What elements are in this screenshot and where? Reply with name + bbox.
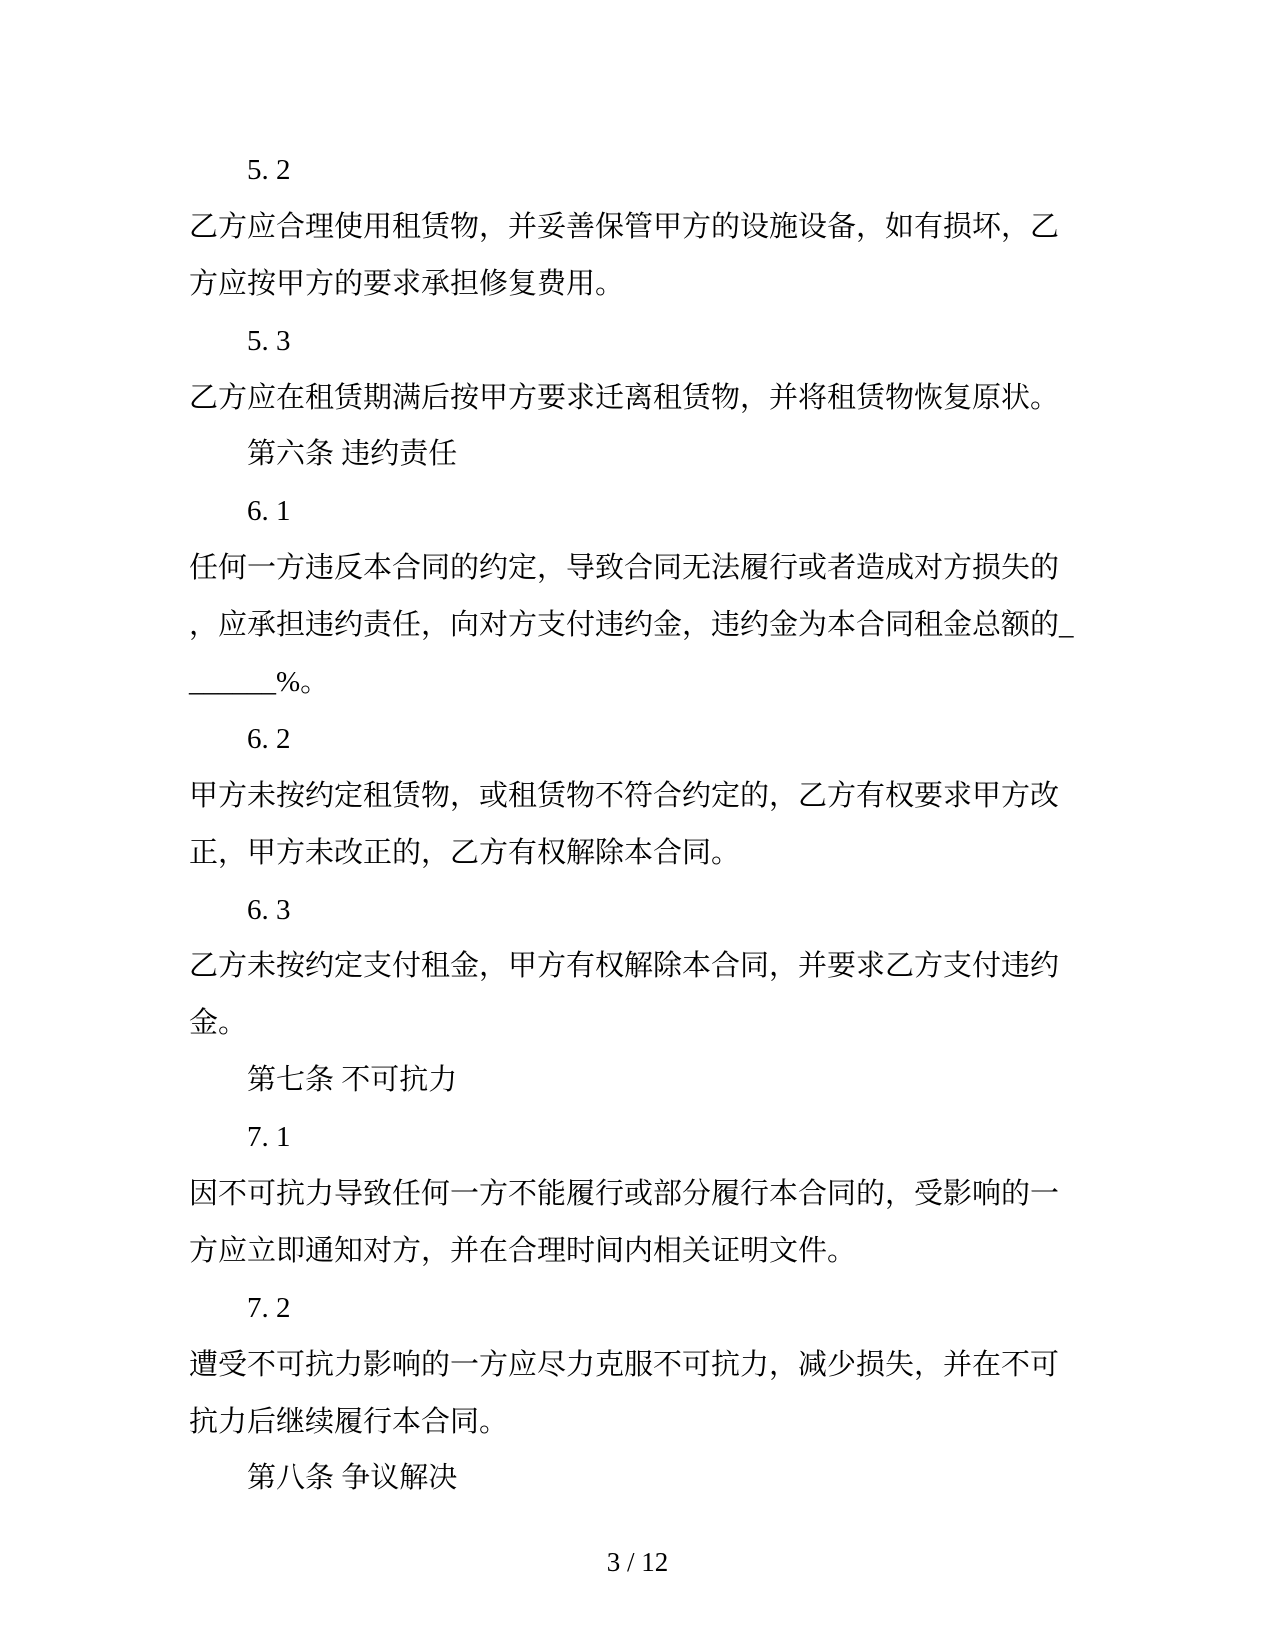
paragraph-line: 方应立即通知对方，并在合理时间内相关证明文件。 [189,1223,1071,1280]
clause-number: 6. 3 [189,882,1071,939]
paragraph-line: 金。 [189,995,1071,1052]
paragraph-line: 因不可抗力导致任何一方不能履行或部分履行本合同的，受影响的一 [189,1166,1071,1223]
paragraph-line: 抗力后继续履行本合同。 [189,1394,1071,1451]
clause-number: 5. 3 [189,313,1071,370]
paragraph-line: 方应按甲方的要求承担修复费用。 [189,256,1071,313]
paragraph-line: 甲方未按约定租赁物，或租赁物不符合约定的，乙方有权要求甲方改 [189,768,1071,825]
clause-number: 7. 2 [189,1280,1071,1337]
section-heading: 第八条 争议解决 [189,1450,1071,1507]
document-body: 5. 2乙方应合理使用租赁物，并妥善保管甲方的设施设备，如有损坏，乙方应按甲方的… [189,142,1071,1507]
paragraph-line: ，应承担违约责任，向对方支付违约金，违约金为本合同租金总额的_ [189,597,1071,654]
page-number: 3 / 12 [0,1546,1275,1578]
document-page: 5. 2乙方应合理使用租赁物，并妥善保管甲方的设施设备，如有损坏，乙方应按甲方的… [0,0,1275,1650]
clause-number: 6. 2 [189,711,1071,768]
paragraph-line: 乙方未按约定支付租金，甲方有权解除本合同，并要求乙方支付违约 [189,938,1071,995]
clause-number: 6. 1 [189,483,1071,540]
paragraph-line: ______%。 [189,654,1071,711]
clause-number: 5. 2 [189,142,1071,199]
section-heading: 第六条 违约责任 [189,426,1071,483]
paragraph-line: 乙方应合理使用租赁物，并妥善保管甲方的设施设备，如有损坏，乙 [189,199,1071,256]
paragraph-line: 乙方应在租赁期满后按甲方要求迁离租赁物，并将租赁物恢复原状。 [189,370,1071,427]
paragraph-line: 遭受不可抗力影响的一方应尽力克服不可抗力，减少损失，并在不可 [189,1337,1071,1394]
paragraph-line: 正，甲方未改正的，乙方有权解除本合同。 [189,825,1071,882]
clause-number: 7. 1 [189,1109,1071,1166]
section-heading: 第七条 不可抗力 [189,1052,1071,1109]
paragraph-line: 任何一方违反本合同的约定，导致合同无法履行或者造成对方损失的 [189,540,1071,597]
